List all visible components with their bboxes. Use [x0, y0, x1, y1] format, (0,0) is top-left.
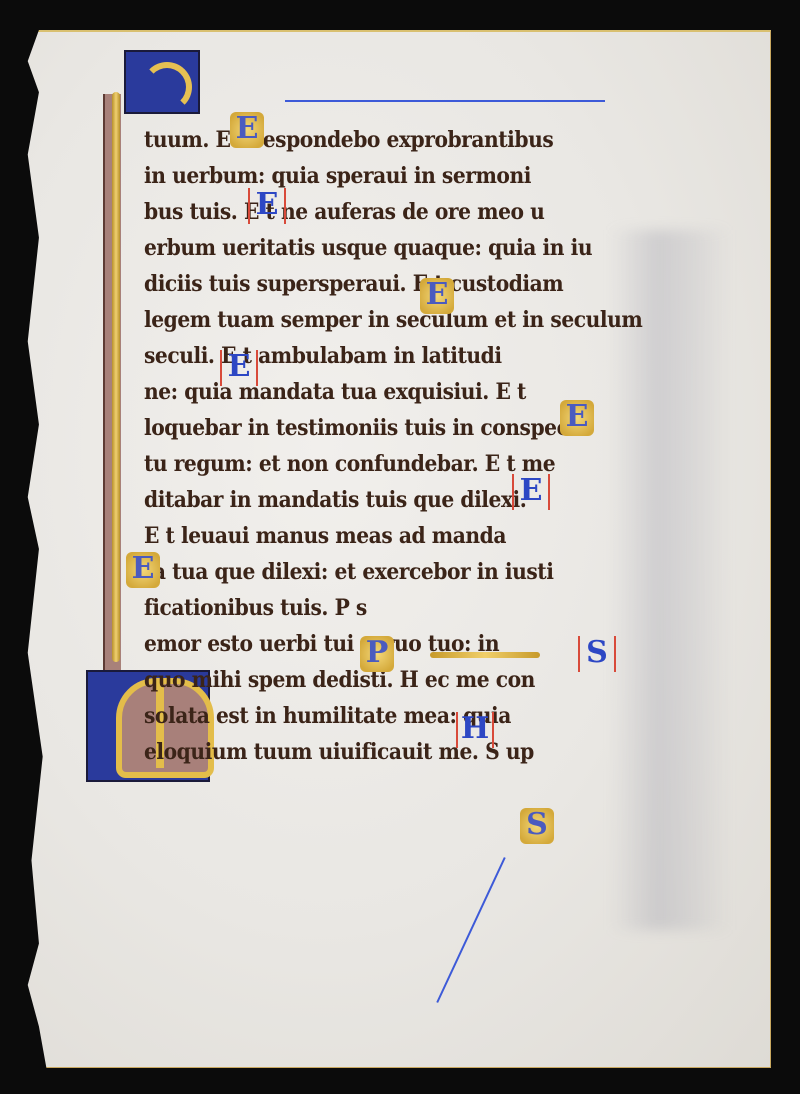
initial-e-gold-icon: E — [230, 112, 264, 148]
initial-s-gold-icon: S — [520, 808, 554, 844]
initial-e-gold-icon: E — [560, 400, 594, 436]
text-line: ficationibus tuis. P s — [144, 590, 586, 626]
text-line: eloquium tuum uiuificauit me. S up — [144, 734, 586, 770]
text-line: diciis tuis supersperaui. E t custodiam — [144, 266, 586, 302]
text-line: legem tuam semper in seculum et in secul… — [144, 302, 586, 338]
text-line: solata est in humilitate mea: quia — [144, 698, 586, 734]
initial-e-blue-icon: E — [220, 350, 258, 386]
text-line: erbum ueritatis usque quaque: quia in iu — [144, 230, 586, 266]
penwork-flourish — [285, 100, 605, 102]
border-terminal-icon — [124, 50, 200, 114]
border-gold-stem — [112, 92, 120, 662]
text-line: E t leuaui manus meas ad manda — [144, 518, 586, 554]
initial-e-gold-icon: E — [420, 278, 454, 314]
text-line: loquebar in testimoniis tuis in conspec — [144, 410, 586, 446]
initial-s-blue-icon: S — [578, 636, 616, 672]
initial-p-gold-icon: P — [360, 636, 394, 672]
initial-e-gold-icon: E — [126, 552, 160, 588]
water-stain — [610, 230, 730, 930]
text-line: seculi. E t ambulabam in latitudi — [144, 338, 586, 374]
text-line: bus tuis. E t ne auferas de ore meo u — [144, 194, 586, 230]
manuscript-text: tuum. E t respondebo exprobrantibus in u… — [144, 122, 586, 770]
text-line: ta tua que dilexi: et exercebor in iusti — [144, 554, 586, 590]
gold-line-filler — [430, 652, 540, 658]
initial-e-blue-icon: E — [512, 474, 550, 510]
initial-h-blue-icon: H — [456, 712, 494, 748]
text-line: ne: quia mandata tua exquisiui. E t — [144, 374, 586, 410]
text-line: in uerbum: quia speraui in sermoni — [144, 158, 586, 194]
initial-e-blue-icon: E — [248, 188, 286, 224]
text-line: tuum. E t respondebo exprobrantibus — [144, 122, 586, 158]
